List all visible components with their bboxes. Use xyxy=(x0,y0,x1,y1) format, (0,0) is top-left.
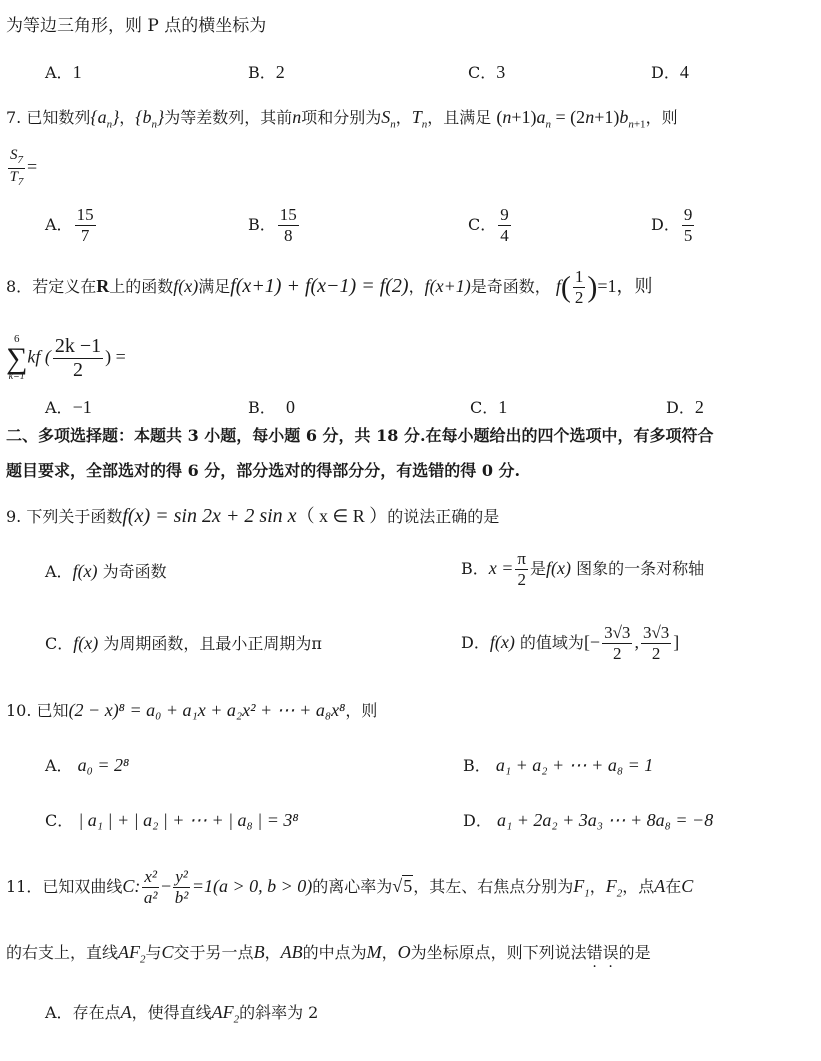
seq-b: {bn} xyxy=(135,107,164,127)
bracket-open: [− xyxy=(584,632,600,652)
q11-text: 的中点为 xyxy=(303,943,367,962)
q8-text: 满足 xyxy=(198,277,230,296)
q11-text: 交于另一点 xyxy=(174,943,254,962)
q11-text: 为坐标原点，则下列说法 xyxy=(411,943,587,962)
q9-option-b[interactable]: B．x =π2是f(x) 图象的一条对称轴 xyxy=(461,550,704,589)
option-fraction: 94 xyxy=(498,206,511,245)
q10-option-c[interactable]: C． | a₁ | + | a₂ | + ⋯ + | a₈ | = 3⁸ xyxy=(45,811,299,829)
q10-option-d[interactable]: D． a₁ + 2a₂ + 3a₃ ⋯ + 8a₈ = −8 xyxy=(463,811,713,829)
option-label: A． xyxy=(45,398,73,417)
var-af2: AF2 xyxy=(212,1002,240,1022)
option-fraction: 95 xyxy=(682,206,695,245)
option-math: a₀ = 2⁸ xyxy=(78,755,130,775)
option-value: 0 xyxy=(286,397,295,417)
var-sn: Sn xyxy=(381,107,396,127)
func-fx1: f(x+1) xyxy=(425,276,471,296)
fraction-x2-a2: x²a² xyxy=(142,868,159,907)
q6-option-c[interactable]: C．3 xyxy=(468,63,505,81)
curve-c: C: xyxy=(122,876,140,896)
q8-option-c[interactable]: C．1 xyxy=(470,398,507,416)
fraction-2k-1: 2k −12 xyxy=(53,336,103,381)
q11-text: 在 xyxy=(665,877,681,896)
equals: = xyxy=(27,157,37,177)
question-number: 10. xyxy=(6,701,31,720)
option-label: B． xyxy=(248,398,276,417)
q11-text: ， xyxy=(265,943,281,962)
q11-text: 与 xyxy=(146,943,162,962)
fraction-s7-t7: S7T7 xyxy=(8,148,25,188)
option-label: C． xyxy=(468,63,496,82)
q10-option-a[interactable]: A． a₀ = 2⁸ xyxy=(45,756,129,774)
option-text: ，使得直线 xyxy=(132,1003,212,1022)
question-number: 8． xyxy=(6,277,32,296)
option-math: | a₁ | + | a₂ | + ⋯ + | a₈ | = 3⁸ xyxy=(78,810,298,830)
q8-text: =1，则 xyxy=(597,276,652,296)
option-value: 2 xyxy=(695,397,704,417)
var-o: O xyxy=(398,942,411,962)
q10-option-b[interactable]: B． a₁ + a₂ + ⋯ + a₈ = 1 xyxy=(463,756,653,774)
func-fx: f(x) xyxy=(173,276,198,296)
emphasis-char: 错 xyxy=(587,943,603,962)
sqrt-5: √5 xyxy=(392,875,413,896)
q8-stem: 8．若定义在R上的函数f(x)满足f(x+1) + f(x−1) = f(2)，… xyxy=(6,268,653,307)
bracket-close: ] xyxy=(673,632,679,652)
q8-text: 是奇函数， xyxy=(471,277,551,296)
q10-stem: 10. 已知(2 − x)⁸ = a₀ + a₁x + a₂x² + ⋯ + a… xyxy=(6,701,377,719)
option-label: D． xyxy=(651,215,680,234)
q6-option-a[interactable]: A．1 xyxy=(45,63,82,81)
var-c: C xyxy=(162,942,174,962)
option-value: −1 xyxy=(73,397,92,417)
var-af2: AF2 xyxy=(118,942,146,962)
q8-text: 若定义在 xyxy=(32,277,96,296)
q7-condition: (n+1)an = (2n+1)bn+1 xyxy=(496,107,645,127)
q11-option-a[interactable]: A．存在点A，使得直线AF2的斜率为 2 xyxy=(45,1003,318,1026)
minus: − xyxy=(161,876,171,896)
q8-equation: f(x+1) + f(x−1) = f(2) xyxy=(230,275,408,297)
q7-text: 为等差数列，其前 xyxy=(164,108,292,127)
q9-option-d[interactable]: D．f(x) 的值域为[−3√32,3√32] xyxy=(461,624,679,663)
option-label: D． xyxy=(463,811,492,830)
q7-text: 已知数列 xyxy=(26,108,90,127)
q8-ask: 6∑k=1kf (2k −12) = xyxy=(6,334,126,382)
q9-function: f(x) = sin 2x + 2 sin x xyxy=(122,505,296,527)
var-f2: F2 xyxy=(606,876,623,896)
var-m: M xyxy=(367,942,382,962)
q7-ask: S7T7= xyxy=(6,148,37,188)
option-label: A． xyxy=(45,1003,73,1022)
option-label: D． xyxy=(651,63,680,82)
section-2-header-line1: 二、多项选择题：本题共 3 小题，每小题 6 分，共 18 分.在每小题给出的四… xyxy=(6,428,714,444)
q7-stem: 7. 已知数列{an}，{bn}为等差数列，其前n项和分别为Sn，Tn，且满足 … xyxy=(6,108,678,131)
q11-stem-line1: 11．已知双曲线C:x²a²−y²b²=1(a > 0, b > 0)的离心率为… xyxy=(6,868,693,907)
q10-text: ，则 xyxy=(345,701,377,720)
q11-text: ，点 xyxy=(622,877,654,896)
option-text: 的斜率为 2 xyxy=(239,1003,318,1022)
q7-text: ，则 xyxy=(646,108,678,127)
q6-stem-tail: 为等边三角形，则 P 点的横坐标为 xyxy=(6,18,266,35)
var-a: A xyxy=(654,876,665,896)
fraction-3sqrt3-2: 3√32 xyxy=(641,624,671,663)
q7-option-a[interactable]: A．157 xyxy=(45,206,98,245)
sum-tail: ) = xyxy=(105,347,126,367)
q6-text: 为等边三角形，则 P 点的横坐标为 xyxy=(6,16,266,36)
q11-text: 已知双曲线 xyxy=(42,877,122,896)
option-value: 1 xyxy=(73,62,82,82)
var-f1: F1 xyxy=(573,876,590,896)
option-fraction: 157 xyxy=(75,206,96,245)
q7-option-d[interactable]: D．95 xyxy=(651,206,696,245)
option-label: C． xyxy=(470,398,498,417)
option-label: A． xyxy=(45,215,73,234)
q11-text: 的是 xyxy=(619,943,651,962)
q11-text: 的右支上，直线 xyxy=(6,943,118,962)
option-label: B． xyxy=(248,63,276,82)
option-label: A． xyxy=(45,756,73,775)
fraction-pi-2: π2 xyxy=(515,550,528,589)
option-label: D． xyxy=(666,398,695,417)
set-r: R xyxy=(96,276,109,296)
q7-text: 项和分别为 xyxy=(301,108,381,127)
fraction-y2-b2: y²b² xyxy=(173,868,190,907)
question-number: 7. xyxy=(6,108,21,127)
var-b: B xyxy=(254,942,265,962)
q9-stem: 9. 下列关于函数f(x) = sin 2x + 2 sin x（ x ∈ R … xyxy=(6,506,499,526)
q6-option-b[interactable]: B．2 xyxy=(248,63,285,81)
option-value: 4 xyxy=(680,62,689,82)
option-label: D． xyxy=(461,633,490,652)
seq-a: {an} xyxy=(90,107,119,127)
q10-expression: (2 − x)⁸ = a₀ + a₁x + a₂x² + ⋯ + a₈x⁸ xyxy=(69,700,346,720)
option-label: B． xyxy=(463,756,491,775)
var-ab: AB xyxy=(281,942,303,962)
option-label: C． xyxy=(468,215,496,234)
q11-text: ， xyxy=(382,943,398,962)
q7-option-b[interactable]: B．158 xyxy=(248,206,301,245)
paren-close: ) xyxy=(587,270,597,303)
fraction-half: 12 xyxy=(573,268,586,307)
q10-text: 已知 xyxy=(37,701,69,720)
var-tn: Tn xyxy=(412,107,428,127)
q7-option-c[interactable]: C．94 xyxy=(468,206,513,245)
fraction-3sqrt3-2: 3√32 xyxy=(602,624,632,663)
var-c: C xyxy=(681,876,693,896)
q9-text: 的说法正确的是 xyxy=(387,507,499,526)
q9-option-c[interactable]: C．f(x) 为周期函数，且最小正周期为π xyxy=(45,634,322,652)
option-math: f(x) xyxy=(73,633,98,653)
option-label: A． xyxy=(45,562,73,581)
q7-text: ，且满足 xyxy=(427,108,491,127)
option-label: B． xyxy=(461,559,489,578)
option-label: B． xyxy=(248,215,276,234)
comma: , xyxy=(634,632,639,652)
option-text: 是 xyxy=(530,559,546,578)
q6-option-d[interactable]: D．4 xyxy=(651,63,689,81)
option-math: a₁ + a₂ + ⋯ + a₈ = 1 xyxy=(496,755,653,775)
q8-option-d[interactable]: D．2 xyxy=(666,398,704,416)
option-value: 3 xyxy=(496,62,505,82)
option-math: f(x) xyxy=(546,558,571,578)
option-label: C． xyxy=(45,811,73,830)
question-number: 9. xyxy=(6,507,21,526)
question-number: 11． xyxy=(6,877,42,896)
q9-text: 下列关于函数 xyxy=(26,507,122,526)
q11-text: ，其左、右焦点分别为 xyxy=(413,877,573,896)
option-value: 1 xyxy=(498,397,507,417)
q8-option-a[interactable]: A．−1 xyxy=(45,398,92,416)
section-2-header-line2: 题目要求，全部选对的得 6 分，部分选对的得部分分，有选错的得 0 分. xyxy=(6,463,520,479)
option-value: 2 xyxy=(276,62,285,82)
option-fraction: 158 xyxy=(278,206,299,245)
q8-option-b[interactable]: B． 0 xyxy=(248,398,295,416)
option-text: 为周期函数，且最小正周期为π xyxy=(103,634,322,653)
option-label: C． xyxy=(45,634,73,653)
option-math: f(x) xyxy=(73,561,98,581)
option-text: 存在点 xyxy=(73,1003,121,1022)
emphasis-char: 误 xyxy=(603,943,619,962)
q9-domain: （ x ∈ R ） xyxy=(297,506,388,526)
var-n: n xyxy=(292,107,301,127)
option-text: 的值域为 xyxy=(520,633,584,652)
option-text: 图象的一条对称轴 xyxy=(576,559,704,578)
summation-sigma: 6∑k=1 xyxy=(6,334,27,382)
q8-text: ， xyxy=(409,277,425,296)
q11-text: 的离心率为 xyxy=(312,877,392,896)
q9-option-a[interactable]: A．f(x) 为奇函数 xyxy=(45,562,167,580)
sum-body: kf ( xyxy=(27,347,50,367)
q8-text: 上的函数 xyxy=(109,277,173,296)
option-math: a₁ + 2a₂ + 3a₃ ⋯ + 8a₈ = −8 xyxy=(497,810,713,830)
option-math: f(x) xyxy=(490,632,515,652)
var-a: A xyxy=(121,1002,132,1022)
q11-stem-line2: 的右支上，直线AF2与C交于另一点B，AB的中点为M，O为坐标原点，则下列说法错… xyxy=(6,943,651,966)
option-math: x = xyxy=(489,558,514,578)
option-text: 为奇函数 xyxy=(103,562,167,581)
q11-condition: =1(a > 0, b > 0) xyxy=(192,876,312,896)
paren-open: ( xyxy=(561,270,571,303)
option-label: A． xyxy=(45,63,73,82)
